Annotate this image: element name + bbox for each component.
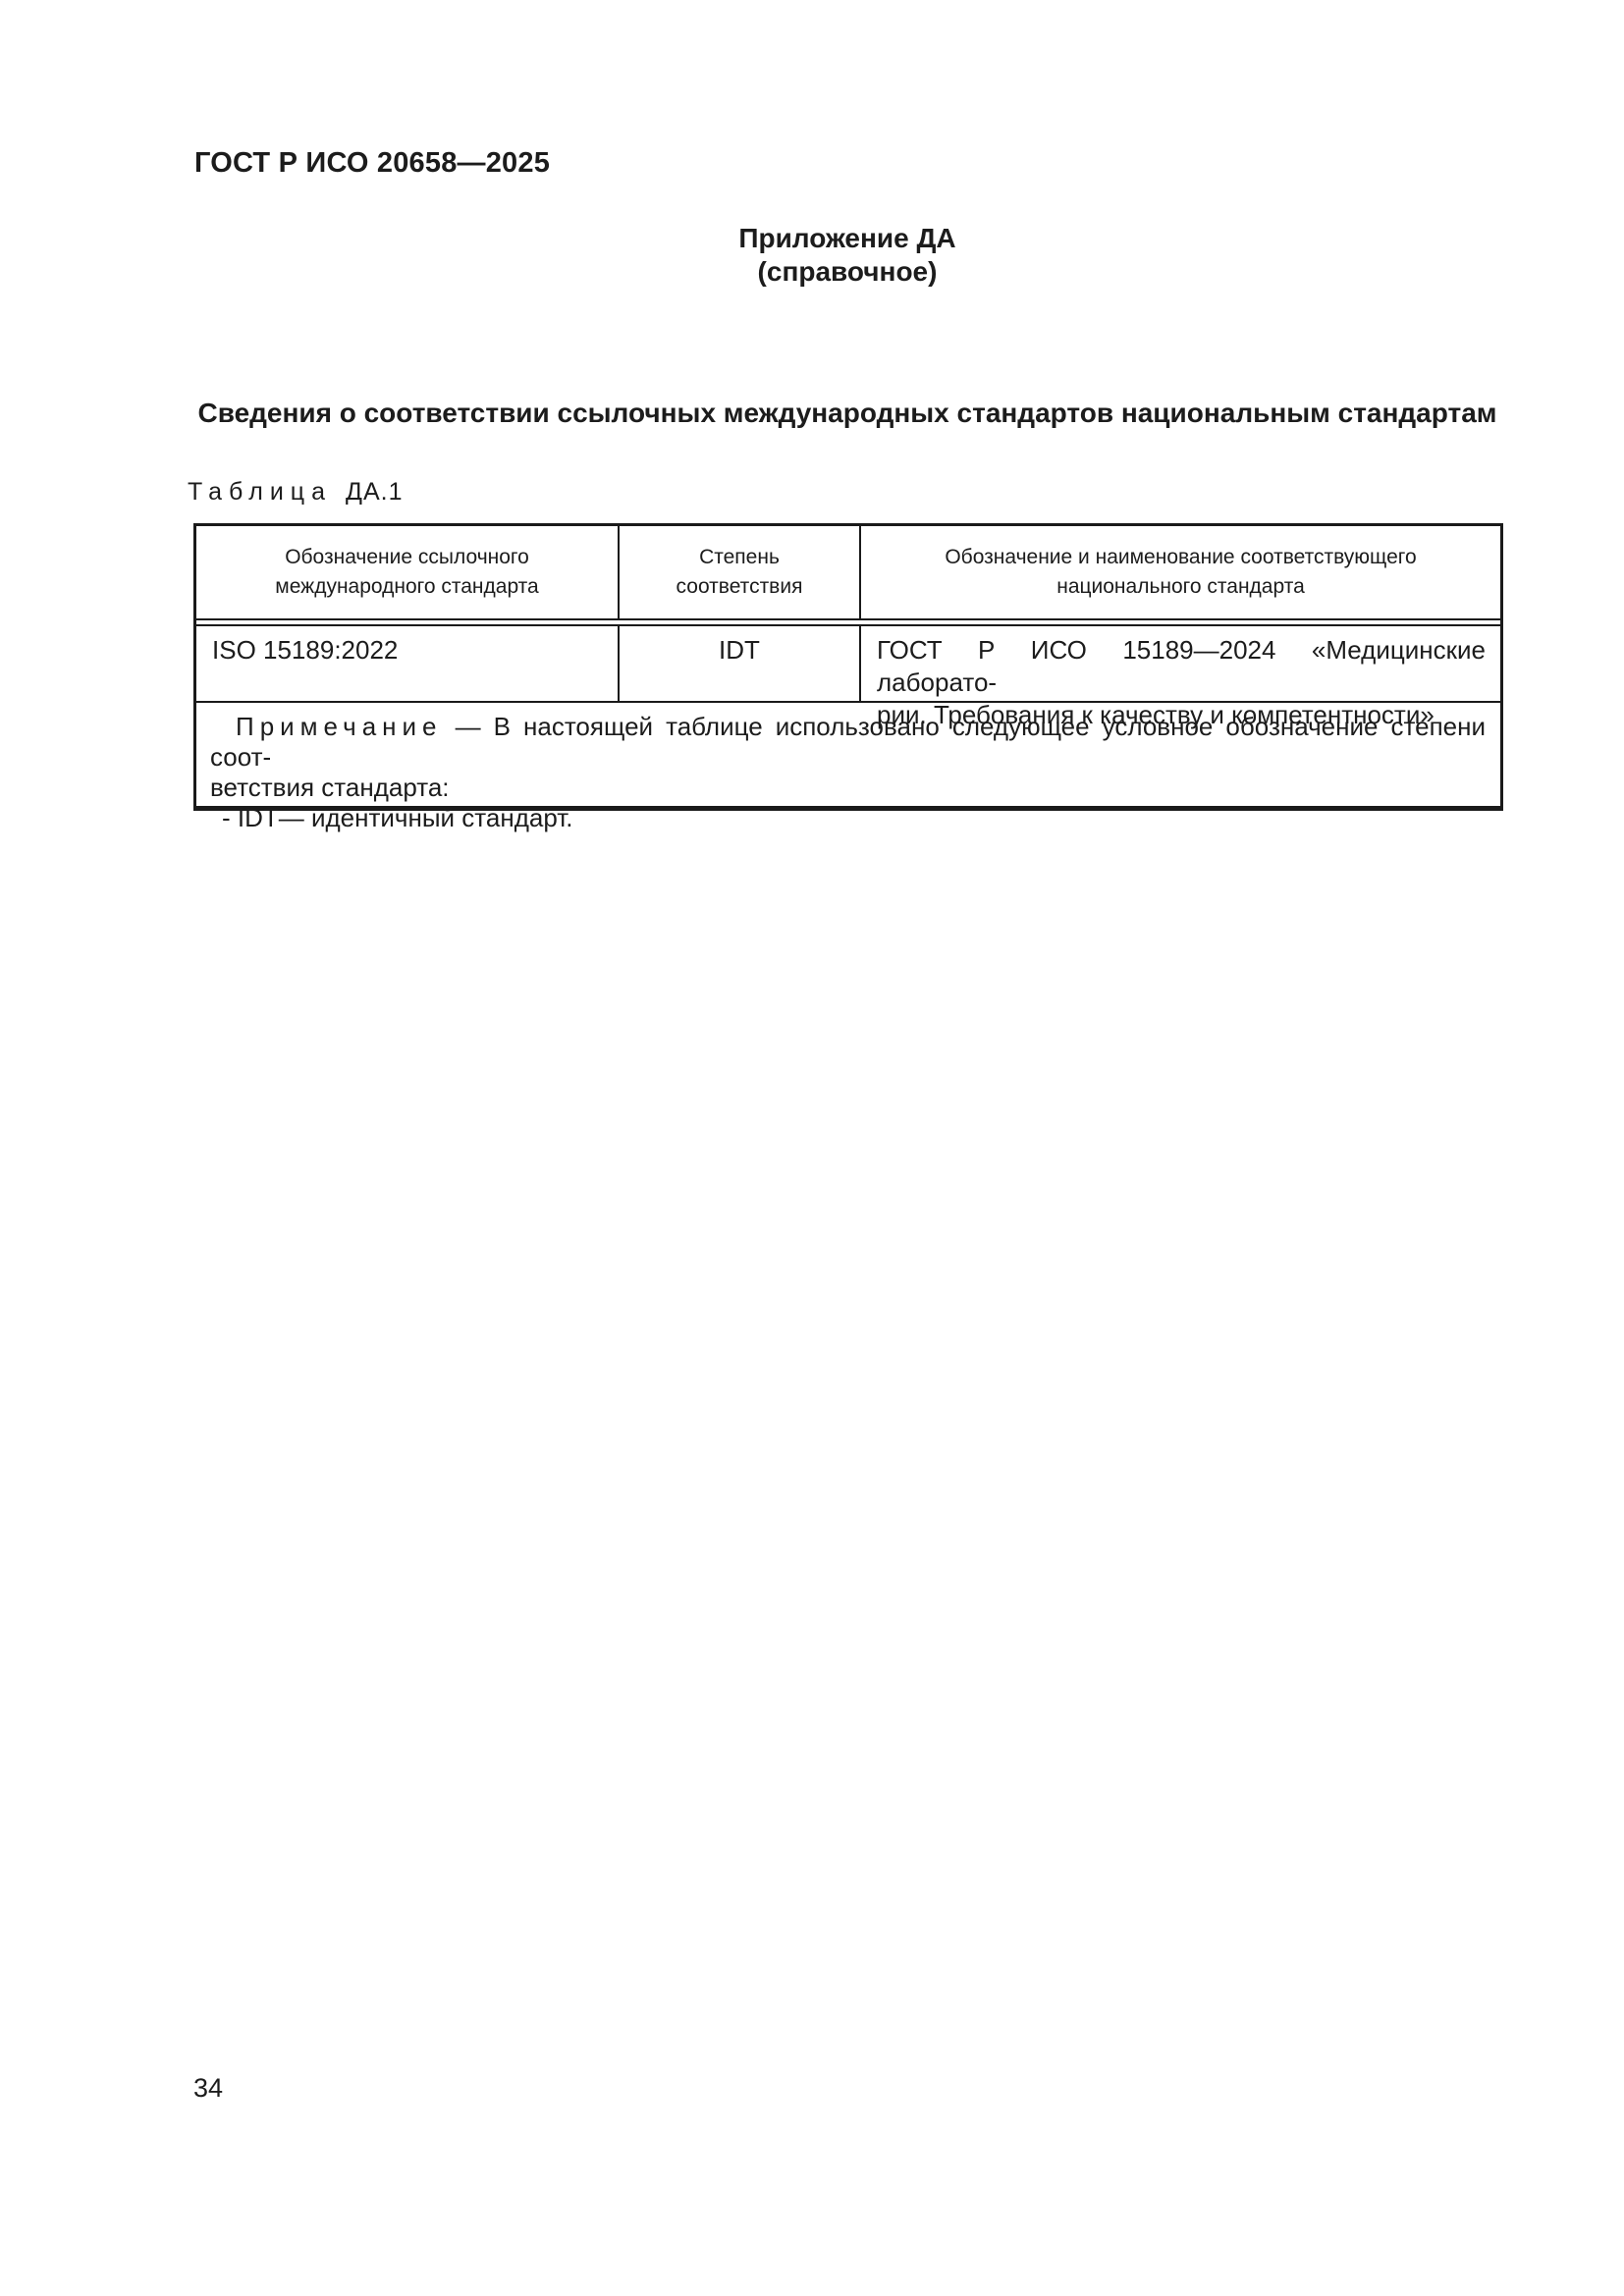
table-note-label: Примечание bbox=[236, 712, 443, 741]
table-row: ISO 15189:2022 IDT ГОСТ Р ИСО 15189—2024… bbox=[196, 626, 1500, 703]
national-standard-line1: ГОСТ Р ИСО 15189—2024 «Медицинские лабор… bbox=[877, 634, 1486, 699]
col-header-line: Степень bbox=[620, 543, 859, 572]
table-header-row: Обозначение ссылочного международного ст… bbox=[196, 526, 1500, 620]
cell-national-standard: ГОСТ Р ИСО 15189—2024 «Медицинские лабор… bbox=[861, 626, 1500, 701]
col-header-degree: Степень соответствия bbox=[620, 526, 861, 618]
appendix-header: Приложение ДА (справочное) bbox=[193, 222, 1501, 289]
table-note-line2: ветствия стандарта: bbox=[210, 773, 1486, 803]
correspondence-table: Обозначение ссылочного международного ст… bbox=[193, 523, 1503, 811]
appendix-subtitle: (справочное) bbox=[193, 255, 1501, 289]
col-header-national-standard: Обозначение и наименование соответствующ… bbox=[861, 526, 1500, 618]
col-header-line: международного стандарта bbox=[196, 572, 618, 602]
document-page: ГОСТ Р ИСО 20658—2025 Приложение ДА (спр… bbox=[0, 0, 1624, 2296]
table-caption-label: Таблица bbox=[188, 478, 332, 506]
section-heading: Сведения о соответствии ссылочных междун… bbox=[158, 397, 1537, 430]
table-note-line3: - IDT— идентичный стандарт. bbox=[210, 803, 1486, 833]
table-caption-number: ДА.1 bbox=[346, 478, 403, 506]
col-header-line: Обозначение и наименование соответствующ… bbox=[861, 543, 1500, 572]
col-header-intl-standard: Обозначение ссылочного международного ст… bbox=[196, 526, 620, 618]
col-header-line: соответствия bbox=[620, 572, 859, 602]
table-caption: ТаблицаДА.1 bbox=[188, 478, 404, 507]
col-header-line: национального стандарта bbox=[861, 572, 1500, 602]
col-header-line: Обозначение ссылочного bbox=[196, 543, 618, 572]
appendix-title: Приложение ДА bbox=[193, 222, 1501, 255]
table-note: Примечание — В настоящей таблице использ… bbox=[196, 703, 1500, 806]
table-note-line1: Примечание — В настоящей таблице использ… bbox=[210, 712, 1486, 773]
page-number: 34 bbox=[193, 2073, 223, 2104]
cell-degree: IDT bbox=[620, 626, 861, 701]
running-header-doc-code: ГОСТ Р ИСО 20658—2025 bbox=[194, 147, 550, 180]
cell-intl-standard: ISO 15189:2022 bbox=[196, 626, 620, 701]
